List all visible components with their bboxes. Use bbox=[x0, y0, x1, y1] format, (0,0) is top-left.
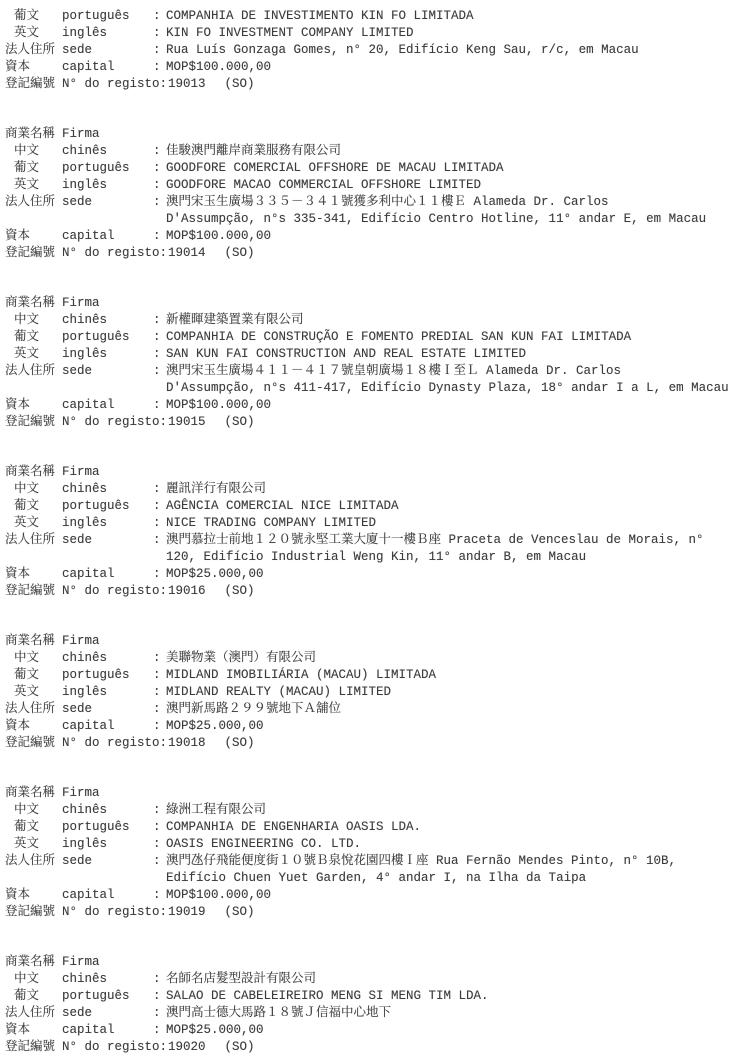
record-row: 葡文português:MIDLAND IMOBILIÁRIA (MACAU) … bbox=[5, 667, 731, 684]
record-row: 法人住所sede:澳門高士德大馬路１８號Ｊ信福中心地下 bbox=[5, 1005, 731, 1022]
registered-office: 澳門氹仔飛能便度街１０號Ｂ泉悅花園四樓Ｉ座 Rua Fernão Mendes … bbox=[166, 853, 731, 870]
record-row: 葡文português:COMPANHIA DE CONSTRUÇÃO E FO… bbox=[5, 329, 731, 346]
continuation-row: D'Assumpção, n°s 411-417, Edifício Dynas… bbox=[5, 380, 731, 397]
label-pt: capital bbox=[62, 397, 153, 414]
label-pt: N° do registo: bbox=[62, 583, 168, 600]
registration-value: 19014(SO) bbox=[168, 245, 731, 262]
label-pt: Firma bbox=[62, 785, 153, 802]
registration-note: (SO) bbox=[225, 584, 255, 598]
label-pt: inglês bbox=[62, 346, 153, 363]
registration-number: 19013 bbox=[168, 77, 206, 91]
label-pt: sede bbox=[62, 363, 153, 380]
record-row: 法人住所sede:澳門新馬路２９９號地下Ａ舖位 bbox=[5, 701, 731, 718]
registration-note: (SO) bbox=[225, 1040, 255, 1054]
label-zh: 登記編號 bbox=[5, 583, 62, 600]
gazette-document-page: 葡文português:COMPANHIA DE INVESTIMENTO KI… bbox=[0, 0, 731, 1060]
continuation-row: D'Assumpção, n°s 335-341, Edifício Centr… bbox=[5, 211, 731, 228]
colon-separator: : bbox=[153, 363, 166, 380]
colon-separator bbox=[153, 870, 166, 887]
label-pt: capital bbox=[62, 1022, 153, 1039]
colon-separator: : bbox=[153, 887, 166, 904]
record-row: 中文chinês:新權暉建築置業有限公司 bbox=[5, 312, 731, 329]
label-zh: 商業名稱 bbox=[5, 633, 62, 650]
registered-office-continued: Edifício Chuen Yuet Garden, 4° andar I, … bbox=[166, 870, 731, 887]
registered-office-continued: 120, Edifício Industrial Weng Kin, 11° a… bbox=[166, 549, 731, 566]
label-pt: Firma bbox=[62, 295, 153, 312]
record-row: 法人住所sede:澳門慕拉士前地１２０號永堅工業大廈十一樓Ｂ座 Praceta … bbox=[5, 532, 731, 549]
label-pt: Firma bbox=[62, 126, 153, 143]
colon-separator: : bbox=[153, 667, 166, 684]
label-pt: chinês bbox=[62, 971, 153, 988]
label-zh: 葡文 bbox=[5, 8, 62, 25]
record-row: 英文inglês:GOODFORE MACAO COMMERCIAL OFFSH… bbox=[5, 177, 731, 194]
label-zh: 法人住所 bbox=[5, 701, 62, 718]
registered-office: Rua Luís Gonzaga Gomes, n° 20, Edifício … bbox=[166, 42, 731, 59]
label-pt: capital bbox=[62, 566, 153, 583]
label-pt: capital bbox=[62, 718, 153, 735]
label-zh: 資本 bbox=[5, 228, 62, 245]
label-pt: Firma bbox=[62, 954, 153, 971]
label-pt: sede bbox=[62, 853, 153, 870]
record-row: 英文inglês:NICE TRADING COMPANY LIMITED bbox=[5, 515, 731, 532]
label-pt: português bbox=[62, 498, 153, 515]
record-row: 資本capital:MOP$25.000,00 bbox=[5, 566, 731, 583]
record-row: 資本capital:MOP$25.000,00 bbox=[5, 1022, 731, 1039]
registration-number: 19018 bbox=[168, 736, 206, 750]
label-zh bbox=[5, 380, 62, 397]
company-name-chinese: 佳駿澳門離岸商業服務有限公司 bbox=[166, 143, 731, 160]
record-row: 英文inglês:OASIS ENGINEERING CO. LTD. bbox=[5, 836, 731, 853]
company-record: 商業名稱Firma中文chinês:佳駿澳門離岸商業服務有限公司葡文portug… bbox=[5, 126, 731, 262]
label-zh: 登記編號 bbox=[5, 735, 62, 752]
colon-separator: : bbox=[153, 836, 166, 853]
continuation-row: Edifício Chuen Yuet Garden, 4° andar I, … bbox=[5, 870, 731, 887]
label-zh: 登記編號 bbox=[5, 904, 62, 921]
label-zh: 資本 bbox=[5, 718, 62, 735]
label-zh: 中文 bbox=[5, 481, 62, 498]
company-name-chinese: 麗訊洋行有限公司 bbox=[166, 481, 731, 498]
record-row: 英文inglês:SAN KUN FAI CONSTRUCTION AND RE… bbox=[5, 346, 731, 363]
label-zh: 中文 bbox=[5, 143, 62, 160]
continuation-row: 120, Edifício Industrial Weng Kin, 11° a… bbox=[5, 549, 731, 566]
label-zh: 登記編號 bbox=[5, 1039, 62, 1056]
registration-number: 19016 bbox=[168, 584, 206, 598]
label-pt: Firma bbox=[62, 633, 153, 650]
registration-row: 登記編號N° do registo:19019(SO) bbox=[5, 904, 731, 921]
registration-row: 登記編號N° do registo:19015(SO) bbox=[5, 414, 731, 431]
colon-separator: : bbox=[153, 532, 166, 549]
registration-note: (SO) bbox=[225, 77, 255, 91]
capital-value: MOP$100.000,00 bbox=[166, 397, 731, 414]
record-row: 中文chinês:綠洲工程有限公司 bbox=[5, 802, 731, 819]
label-zh: 葡文 bbox=[5, 988, 62, 1005]
registration-number: 19020 bbox=[168, 1040, 206, 1054]
label-zh: 英文 bbox=[5, 346, 62, 363]
registration-value: 19019(SO) bbox=[168, 904, 731, 921]
label-pt: chinês bbox=[62, 650, 153, 667]
label-zh: 資本 bbox=[5, 887, 62, 904]
record-row: 葡文português:GOODFORE COMERCIAL OFFSHORE … bbox=[5, 160, 731, 177]
registration-row: 登記編號N° do registo:19014(SO) bbox=[5, 245, 731, 262]
registration-note: (SO) bbox=[225, 905, 255, 919]
label-pt: N° do registo: bbox=[62, 735, 168, 752]
company-name-english: SAN KUN FAI CONSTRUCTION AND REAL ESTATE… bbox=[166, 346, 731, 363]
colon-separator: : bbox=[153, 566, 166, 583]
colon-separator: : bbox=[153, 718, 166, 735]
colon-separator: : bbox=[153, 194, 166, 211]
colon-separator bbox=[153, 785, 166, 802]
company-name-chinese: 美聯物業（澳門）有限公司 bbox=[166, 650, 731, 667]
record-row: 英文inglês:KIN FO INVESTMENT COMPANY LIMIT… bbox=[5, 25, 731, 42]
company-name-english: GOODFORE MACAO COMMERCIAL OFFSHORE LIMIT… bbox=[166, 177, 731, 194]
label-zh: 登記編號 bbox=[5, 414, 62, 431]
colon-separator bbox=[153, 126, 166, 143]
colon-separator: : bbox=[153, 143, 166, 160]
registered-office: 澳門宋玉生廣場４１１－４１７號皇朝廣場１８樓Ｉ至Ｌ Alameda Dr. Ca… bbox=[166, 363, 731, 380]
label-pt bbox=[62, 549, 153, 566]
colon-separator: : bbox=[153, 346, 166, 363]
record-row: 法人住所sede:澳門宋玉生廣場４１１－４１７號皇朝廣場１８樓Ｉ至Ｌ Alame… bbox=[5, 363, 731, 380]
label-zh: 商業名稱 bbox=[5, 464, 62, 481]
company-name-english: NICE TRADING COMPANY LIMITED bbox=[166, 515, 731, 532]
company-name-portuguese: COMPANHIA DE CONSTRUÇÃO E FOMENTO PREDIA… bbox=[166, 329, 731, 346]
capital-value: MOP$100.000,00 bbox=[166, 887, 731, 904]
label-pt: chinês bbox=[62, 312, 153, 329]
label-pt: português bbox=[62, 819, 153, 836]
label-pt: sede bbox=[62, 42, 153, 59]
colon-separator: : bbox=[153, 650, 166, 667]
company-record: 商業名稱Firma中文chinês:綠洲工程有限公司葡文português:CO… bbox=[5, 785, 731, 921]
label-zh: 商業名稱 bbox=[5, 954, 62, 971]
label-pt: sede bbox=[62, 701, 153, 718]
colon-separator: : bbox=[153, 329, 166, 346]
label-pt: inglês bbox=[62, 836, 153, 853]
label-zh: 英文 bbox=[5, 515, 62, 532]
colon-separator bbox=[153, 549, 166, 566]
colon-separator: : bbox=[153, 397, 166, 414]
registration-value: 19013(SO) bbox=[168, 76, 731, 93]
company-name-portuguese: MIDLAND IMOBILIÁRIA (MACAU) LIMITADA bbox=[166, 667, 731, 684]
label-pt: capital bbox=[62, 887, 153, 904]
label-zh: 資本 bbox=[5, 59, 62, 76]
label-pt: português bbox=[62, 667, 153, 684]
label-pt: sede bbox=[62, 532, 153, 549]
capital-value: MOP$25.000,00 bbox=[166, 566, 731, 583]
label-zh: 法人住所 bbox=[5, 42, 62, 59]
label-pt: inglês bbox=[62, 684, 153, 701]
label-zh bbox=[5, 211, 62, 228]
label-zh: 商業名稱 bbox=[5, 126, 62, 143]
registration-row: 登記編號N° do registo:19013(SO) bbox=[5, 76, 731, 93]
registration-note: (SO) bbox=[225, 415, 255, 429]
colon-separator: : bbox=[153, 312, 166, 329]
registration-value: 19015(SO) bbox=[168, 414, 731, 431]
registration-note: (SO) bbox=[225, 246, 255, 260]
label-zh: 資本 bbox=[5, 397, 62, 414]
label-zh: 商業名稱 bbox=[5, 295, 62, 312]
record-row: 資本capital:MOP$25.000,00 bbox=[5, 718, 731, 735]
label-pt: chinês bbox=[62, 481, 153, 498]
label-zh: 葡文 bbox=[5, 498, 62, 515]
label-zh: 葡文 bbox=[5, 160, 62, 177]
record-row: 資本capital:MOP$100.000,00 bbox=[5, 59, 731, 76]
label-pt: N° do registo: bbox=[62, 904, 168, 921]
label-zh: 法人住所 bbox=[5, 532, 62, 549]
registered-office-continued: D'Assumpção, n°s 335-341, Edifício Centr… bbox=[166, 211, 731, 228]
colon-separator: : bbox=[153, 498, 166, 515]
colon-separator bbox=[153, 211, 166, 228]
company-name-portuguese: AGÊNCIA COMERCIAL NICE LIMITADA bbox=[166, 498, 731, 515]
label-pt: inglês bbox=[62, 25, 153, 42]
company-name-chinese: 名師名店髮型設計有限公司 bbox=[166, 971, 731, 988]
colon-separator bbox=[153, 464, 166, 481]
label-zh: 法人住所 bbox=[5, 1005, 62, 1022]
label-zh: 資本 bbox=[5, 1022, 62, 1039]
colon-separator: : bbox=[153, 1022, 166, 1039]
company-name-english: MIDLAND REALTY (MACAU) LIMITED bbox=[166, 684, 731, 701]
colon-separator: : bbox=[153, 819, 166, 836]
record-row: 英文inglês:MIDLAND REALTY (MACAU) LIMITED bbox=[5, 684, 731, 701]
label-zh: 登記編號 bbox=[5, 76, 62, 93]
capital-value: MOP$25.000,00 bbox=[166, 718, 731, 735]
label-pt bbox=[62, 380, 153, 397]
company-name-chinese: 綠洲工程有限公司 bbox=[166, 802, 731, 819]
label-zh: 英文 bbox=[5, 25, 62, 42]
company-name-portuguese: GOODFORE COMERCIAL OFFSHORE DE MACAU LIM… bbox=[166, 160, 731, 177]
record-row: 中文chinês:佳駿澳門離岸商業服務有限公司 bbox=[5, 143, 731, 160]
company-record: 商業名稱Firma中文chinês:美聯物業（澳門）有限公司葡文portuguê… bbox=[5, 633, 731, 752]
record-row: 葡文português:AGÊNCIA COMERCIAL NICE LIMIT… bbox=[5, 498, 731, 515]
company-records-list: 葡文português:COMPANHIA DE INVESTIMENTO KI… bbox=[5, 8, 731, 1056]
registration-row: 登記編號N° do registo:19018(SO) bbox=[5, 735, 731, 752]
label-zh: 資本 bbox=[5, 566, 62, 583]
colon-separator: : bbox=[153, 971, 166, 988]
label-zh bbox=[5, 549, 62, 566]
label-zh: 英文 bbox=[5, 684, 62, 701]
colon-separator: : bbox=[153, 701, 166, 718]
registration-value: 19020(SO) bbox=[168, 1039, 731, 1056]
registered-office: 澳門高士德大馬路１８號Ｊ信福中心地下 bbox=[166, 1005, 731, 1022]
colon-separator bbox=[153, 380, 166, 397]
label-zh: 商業名稱 bbox=[5, 785, 62, 802]
record-header-row: 商業名稱Firma bbox=[5, 785, 731, 802]
capital-value: MOP$100.000,00 bbox=[166, 228, 731, 245]
record-row: 資本capital:MOP$100.000,00 bbox=[5, 228, 731, 245]
registration-number: 19015 bbox=[168, 415, 206, 429]
label-zh: 葡文 bbox=[5, 667, 62, 684]
record-row: 資本capital:MOP$100.000,00 bbox=[5, 887, 731, 904]
label-pt: Firma bbox=[62, 464, 153, 481]
company-name-portuguese: SALAO DE CABELEIREIRO MENG SI MENG TIM L… bbox=[166, 988, 731, 1005]
registration-row: 登記編號N° do registo:19016(SO) bbox=[5, 583, 731, 600]
label-zh: 中文 bbox=[5, 971, 62, 988]
registered-office-continued: D'Assumpção, n°s 411-417, Edifício Dynas… bbox=[166, 380, 731, 397]
company-name-english: OASIS ENGINEERING CO. LTD. bbox=[166, 836, 731, 853]
company-record: 葡文português:COMPANHIA DE INVESTIMENTO KI… bbox=[5, 8, 731, 93]
colon-separator: : bbox=[153, 684, 166, 701]
label-pt: capital bbox=[62, 59, 153, 76]
record-row: 中文chinês:麗訊洋行有限公司 bbox=[5, 481, 731, 498]
record-row: 葡文português:SALAO DE CABELEIREIRO MENG S… bbox=[5, 988, 731, 1005]
label-zh: 法人住所 bbox=[5, 194, 62, 211]
record-header-row: 商業名稱Firma bbox=[5, 295, 731, 312]
label-pt: inglês bbox=[62, 515, 153, 532]
company-name-portuguese: COMPANHIA DE ENGENHARIA OASIS LDA. bbox=[166, 819, 731, 836]
record-row: 法人住所sede:澳門宋玉生廣場３３５－３４１號獲多利中心１１樓Ｅ Alamed… bbox=[5, 194, 731, 211]
label-zh: 登記編號 bbox=[5, 245, 62, 262]
company-name-chinese: 新權暉建築置業有限公司 bbox=[166, 312, 731, 329]
label-pt: capital bbox=[62, 228, 153, 245]
registration-note: (SO) bbox=[225, 736, 255, 750]
company-record: 商業名稱Firma中文chinês:名師名店髮型設計有限公司葡文portuguê… bbox=[5, 954, 731, 1056]
registered-office: 澳門新馬路２９９號地下Ａ舖位 bbox=[166, 701, 731, 718]
company-record: 商業名稱Firma中文chinês:麗訊洋行有限公司葡文português:AG… bbox=[5, 464, 731, 600]
label-pt: inglês bbox=[62, 177, 153, 194]
record-row: 法人住所sede:Rua Luís Gonzaga Gomes, n° 20, … bbox=[5, 42, 731, 59]
colon-separator: : bbox=[153, 8, 166, 25]
label-pt: N° do registo: bbox=[62, 414, 168, 431]
record-row: 葡文português:COMPANHIA DE ENGENHARIA OASI… bbox=[5, 819, 731, 836]
colon-separator: : bbox=[153, 853, 166, 870]
record-row: 法人住所sede:澳門氹仔飛能便度街１０號Ｂ泉悅花園四樓Ｉ座 Rua Fernã… bbox=[5, 853, 731, 870]
registered-office: 澳門慕拉士前地１２０號永堅工業大廈十一樓Ｂ座 Praceta de Vences… bbox=[166, 532, 731, 549]
label-pt: N° do registo: bbox=[62, 76, 168, 93]
colon-separator: : bbox=[153, 481, 166, 498]
record-header-row: 商業名稱Firma bbox=[5, 954, 731, 971]
colon-separator: : bbox=[153, 802, 166, 819]
colon-separator: : bbox=[153, 25, 166, 42]
label-pt: português bbox=[62, 988, 153, 1005]
label-pt: português bbox=[62, 8, 153, 25]
company-name-portuguese: COMPANHIA DE INVESTIMENTO KIN FO LIMITAD… bbox=[166, 8, 731, 25]
colon-separator: : bbox=[153, 1005, 166, 1022]
label-zh: 中文 bbox=[5, 650, 62, 667]
record-header-row: 商業名稱Firma bbox=[5, 633, 731, 650]
label-zh: 中文 bbox=[5, 312, 62, 329]
registration-value: 19018(SO) bbox=[168, 735, 731, 752]
label-zh: 英文 bbox=[5, 836, 62, 853]
label-pt: N° do registo: bbox=[62, 245, 168, 262]
registration-value: 19016(SO) bbox=[168, 583, 731, 600]
label-pt: chinês bbox=[62, 143, 153, 160]
record-header-row: 商業名稱Firma bbox=[5, 464, 731, 481]
colon-separator: : bbox=[153, 988, 166, 1005]
label-pt: sede bbox=[62, 1005, 153, 1022]
label-pt: português bbox=[62, 160, 153, 177]
capital-value: MOP$25.000,00 bbox=[166, 1022, 731, 1039]
label-zh bbox=[5, 870, 62, 887]
record-row: 葡文português:COMPANHIA DE INVESTIMENTO KI… bbox=[5, 8, 731, 25]
colon-separator: : bbox=[153, 42, 166, 59]
record-row: 資本capital:MOP$100.000,00 bbox=[5, 397, 731, 414]
colon-separator bbox=[153, 295, 166, 312]
registered-office: 澳門宋玉生廣場３３５－３４１號獲多利中心１１樓Ｅ Alameda Dr. Car… bbox=[166, 194, 731, 211]
colon-separator: : bbox=[153, 177, 166, 194]
label-pt: português bbox=[62, 329, 153, 346]
colon-separator bbox=[153, 954, 166, 971]
colon-separator bbox=[153, 633, 166, 650]
registration-number: 19019 bbox=[168, 905, 206, 919]
label-zh: 中文 bbox=[5, 802, 62, 819]
label-pt bbox=[62, 211, 153, 228]
company-record: 商業名稱Firma中文chinês:新權暉建築置業有限公司葡文português… bbox=[5, 295, 731, 431]
record-row: 中文chinês:名師名店髮型設計有限公司 bbox=[5, 971, 731, 988]
colon-separator: : bbox=[153, 59, 166, 76]
label-zh: 英文 bbox=[5, 177, 62, 194]
record-row: 中文chinês:美聯物業（澳門）有限公司 bbox=[5, 650, 731, 667]
label-zh: 葡文 bbox=[5, 329, 62, 346]
label-zh: 法人住所 bbox=[5, 363, 62, 380]
label-zh: 葡文 bbox=[5, 819, 62, 836]
colon-separator: : bbox=[153, 515, 166, 532]
label-pt bbox=[62, 870, 153, 887]
label-pt: chinês bbox=[62, 802, 153, 819]
colon-separator: : bbox=[153, 160, 166, 177]
record-header-row: 商業名稱Firma bbox=[5, 126, 731, 143]
label-pt: sede bbox=[62, 194, 153, 211]
label-pt: N° do registo: bbox=[62, 1039, 168, 1056]
label-zh: 法人住所 bbox=[5, 853, 62, 870]
capital-value: MOP$100.000,00 bbox=[166, 59, 731, 76]
colon-separator: : bbox=[153, 228, 166, 245]
registration-number: 19014 bbox=[168, 246, 206, 260]
company-name-english: KIN FO INVESTMENT COMPANY LIMITED bbox=[166, 25, 731, 42]
registration-row: 登記編號N° do registo:19020(SO) bbox=[5, 1039, 731, 1056]
